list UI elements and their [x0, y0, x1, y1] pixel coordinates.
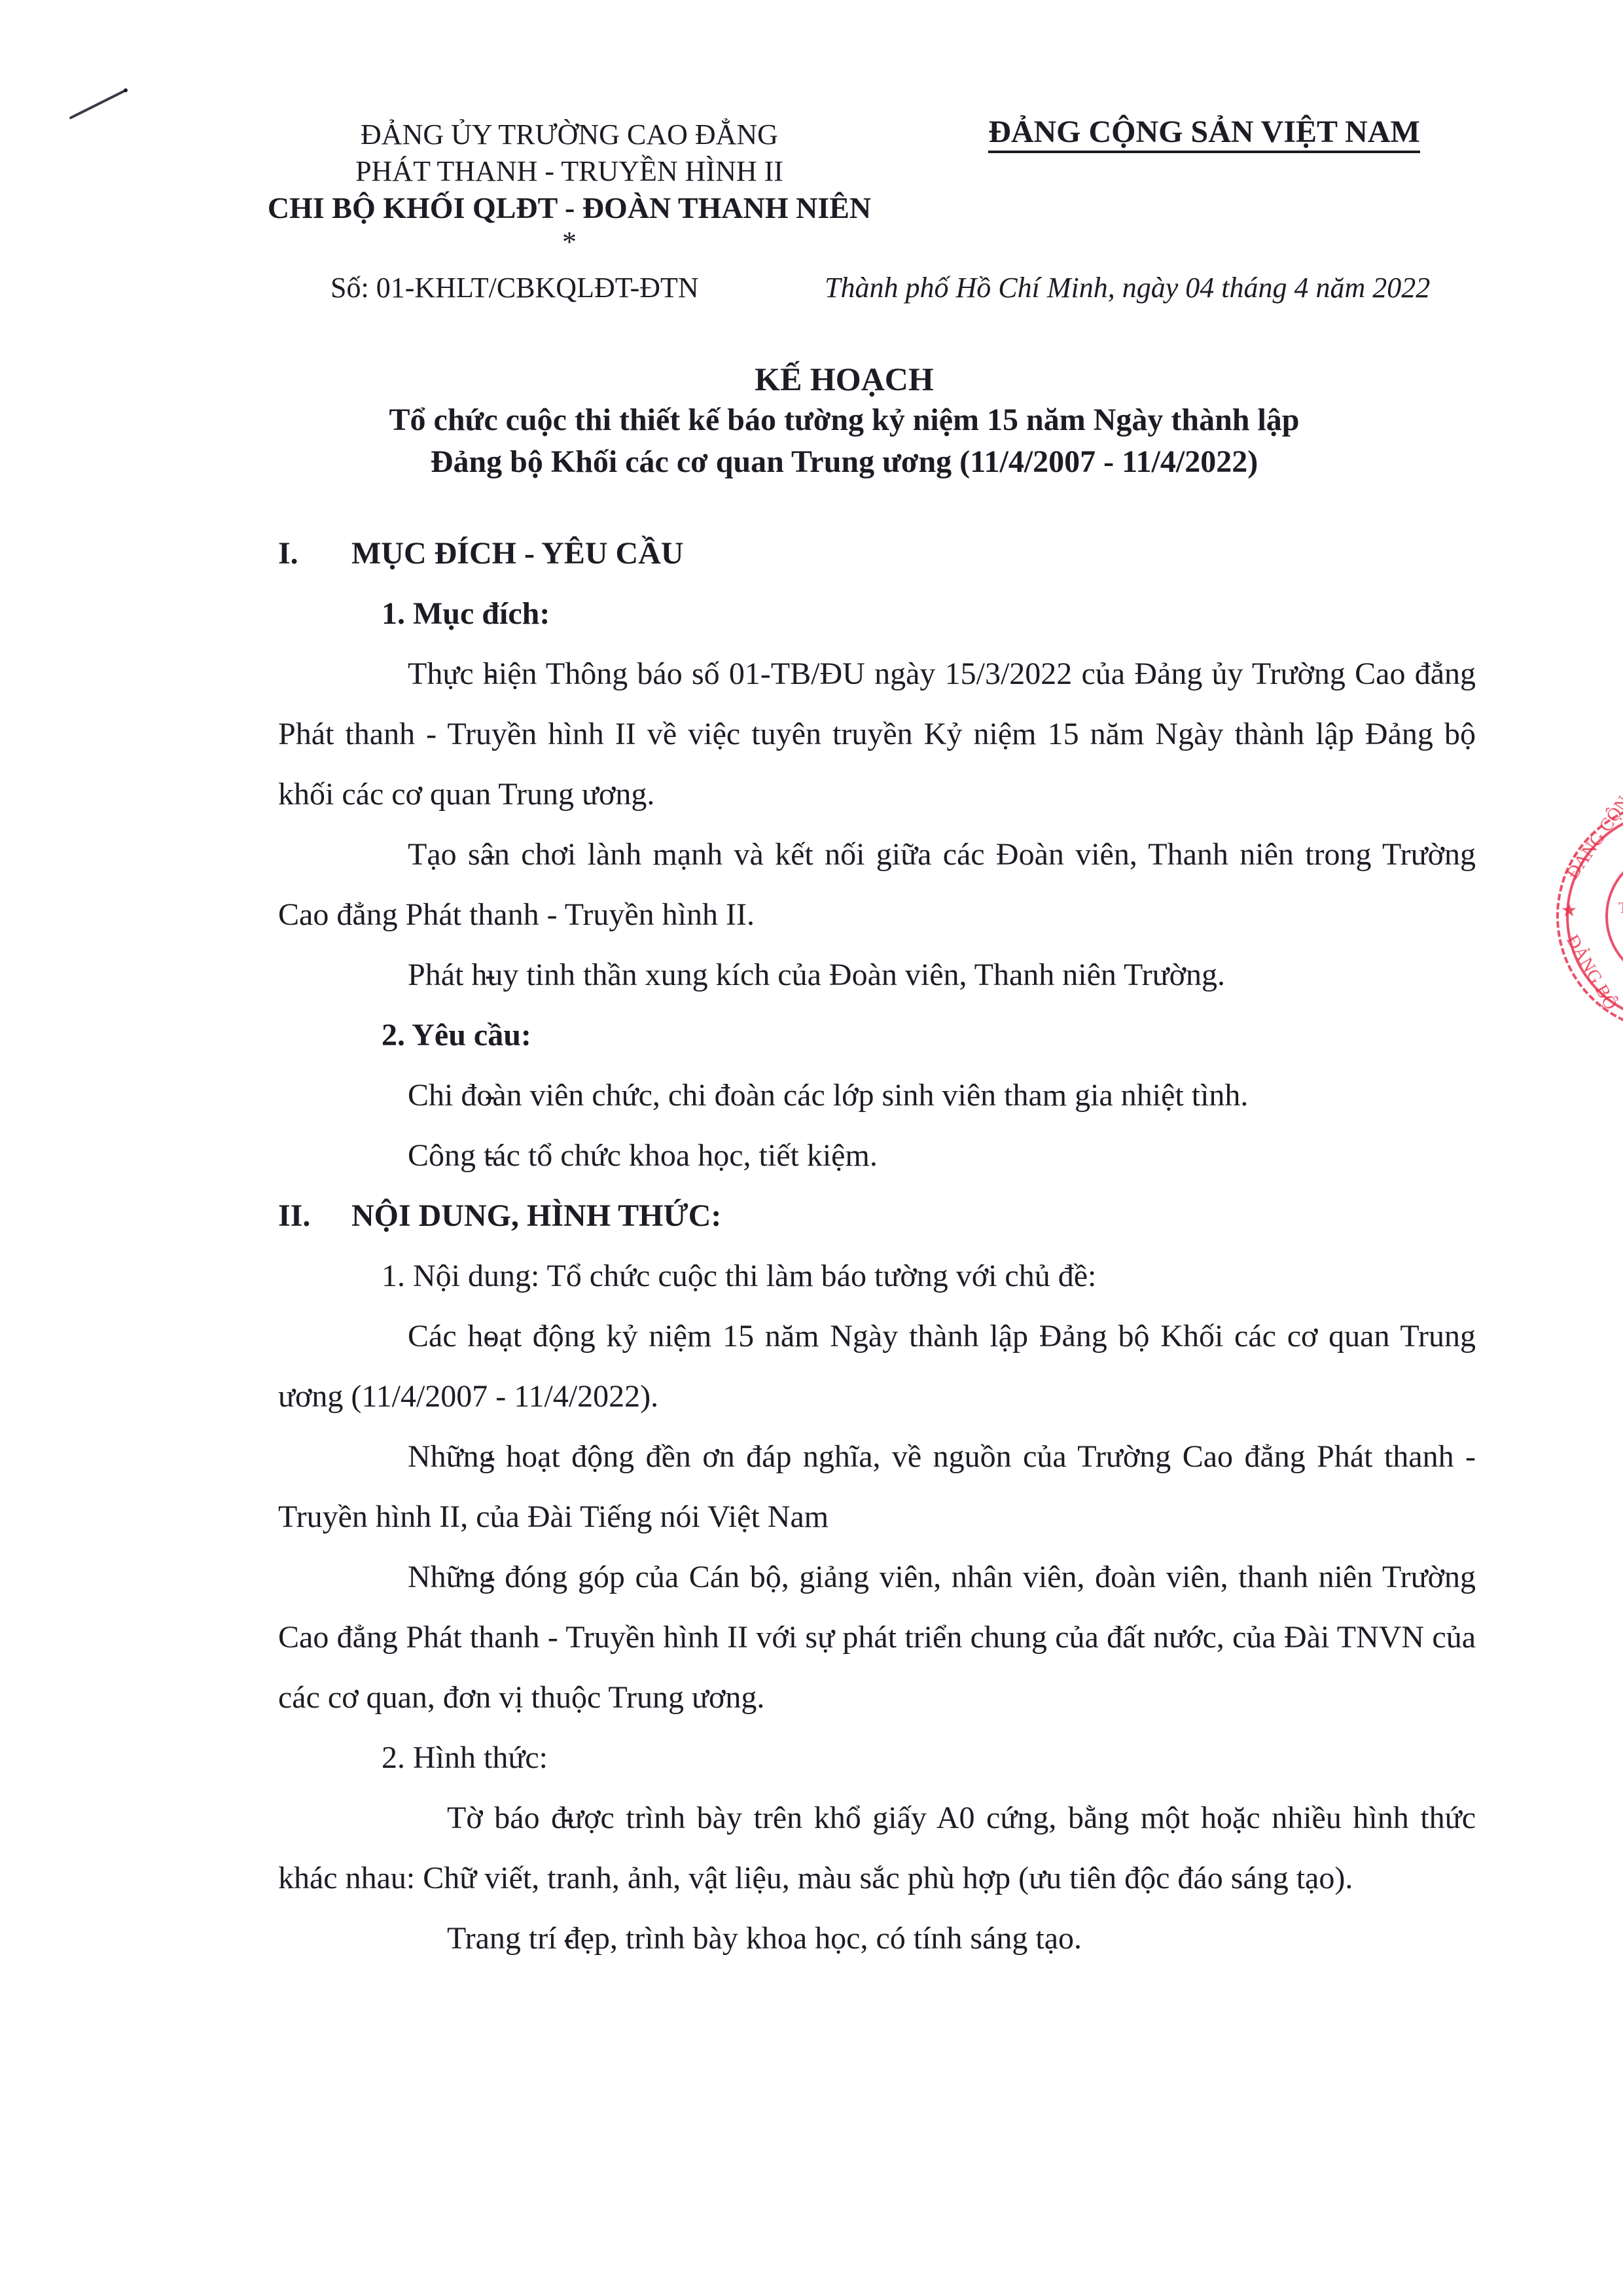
- document-type: KẾ HOẠCH: [223, 359, 1466, 399]
- bullet-dash: -: [382, 825, 408, 885]
- subsection-heading: 2. Hình thức:: [278, 1728, 1476, 1788]
- list-item: -Phát huy tinh thần xung kích của Đoàn v…: [278, 945, 1476, 1005]
- bullet-dash: -: [382, 1126, 408, 1186]
- bullet-dash: -: [382, 1547, 408, 1607]
- document-body: I. MỤC ĐÍCH - YÊU CẦU 1. Mục đích: -Thực…: [278, 524, 1476, 1969]
- section-number: II.: [278, 1186, 310, 1246]
- list-item: -Những đóng góp của Cán bộ, giảng viên, …: [278, 1547, 1476, 1728]
- official-seal-stamp: ĐẢNG CỘN ★ ĐẢNG BỘ TRƯ P Đ: [1535, 795, 1623, 1037]
- section-title: MỤC ĐÍCH - YÊU CẦU: [351, 524, 684, 584]
- list-item-text: Công tác tổ chức khoa học, tiết kiệm.: [408, 1138, 878, 1173]
- subtitle-line-2: Đảng bộ Khối các cơ quan Trung ương (11/…: [223, 441, 1466, 483]
- svg-text:TRƯ: TRƯ: [1618, 900, 1623, 917]
- bullet-dash: -: [382, 1066, 408, 1126]
- list-item-text: Tạo sân chơi lành mạnh và kết nối giữa c…: [278, 837, 1476, 932]
- bullet-dash: -: [382, 1306, 408, 1367]
- bullet-dash: -: [382, 945, 408, 1005]
- bullet-dash: -: [382, 1427, 408, 1487]
- section-title: NỘI DUNG, HÌNH THỨC:: [351, 1186, 721, 1246]
- subsection-heading: 1. Nội dung: Tổ chức cuộc thi làm báo tư…: [278, 1246, 1476, 1306]
- list-item-text: Những hoạt động đền ơn đáp nghĩa, về ngu…: [278, 1439, 1476, 1534]
- list-item-text: Chi đoàn viên chức, chi đoàn các lớp sin…: [408, 1078, 1248, 1113]
- list-item-text: Thực hiện Thông báo số 01-TB/ĐU ngày 15/…: [278, 656, 1476, 812]
- section-heading: I. MỤC ĐÍCH - YÊU CẦU: [278, 524, 1476, 584]
- list-item-text: Tờ báo được trình bày trên khổ giấy A0 c…: [278, 1801, 1476, 1895]
- document-number: Số: 01-KHLT/CBKQLĐT-ĐTN: [330, 270, 699, 306]
- subsection-heading: 1. Mục đích:: [278, 584, 1476, 644]
- issuing-organization: ĐẢNG ỦY TRƯỜNG CAO ĐẲNG PHÁT THANH - TRU…: [223, 117, 916, 255]
- subtitle-line-1: Tổ chức cuộc thi thiết kế báo tường kỷ n…: [223, 399, 1466, 441]
- party-name: ĐẢNG CỘNG SẢN VIỆT NAM: [988, 114, 1420, 153]
- list-item: -Chi đoàn viên chức, chi đoàn các lớp si…: [278, 1066, 1476, 1126]
- star-separator: *: [223, 229, 916, 255]
- list-item-text: Những đóng góp của Cán bộ, giảng viên, n…: [278, 1560, 1476, 1715]
- scan-artifact-mark: [65, 79, 131, 131]
- svg-text:ĐẢNG CỘN: ĐẢNG CỘN: [1562, 793, 1623, 883]
- section-heading: II. NỘI DUNG, HÌNH THỨC:: [278, 1186, 1476, 1246]
- document-title: KẾ HOẠCH Tổ chức cuộc thi thiết kế báo t…: [223, 359, 1466, 483]
- org-line-2: PHÁT THANH - TRUYỀN HÌNH II: [223, 153, 916, 190]
- list-item: -Tạo sân chơi lành mạnh và kết nối giữa …: [278, 825, 1476, 945]
- list-item-text: Phát huy tinh thần xung kích của Đoàn vi…: [408, 958, 1225, 992]
- org-line-1: ĐẢNG ỦY TRƯỜNG CAO ĐẲNG: [223, 117, 916, 153]
- svg-text:★: ★: [1561, 901, 1577, 921]
- list-item: -Thực hiện Thông báo số 01-TB/ĐU ngày 15…: [278, 644, 1476, 825]
- document-page: ĐẢNG ỦY TRƯỜNG CAO ĐẲNG PHÁT THANH - TRU…: [0, 0, 1623, 2296]
- party-header: ĐẢNG CỘNG SẢN VIỆT NAM: [969, 113, 1440, 153]
- section-number: I.: [278, 524, 298, 584]
- list-item-text: Các hoạt động kỷ niệm 15 năm Ngày thành …: [278, 1319, 1476, 1414]
- bullet-dash: -: [382, 644, 408, 704]
- list-item: -Công tác tổ chức khoa học, tiết kiệm.: [278, 1126, 1476, 1186]
- issuing-unit: CHI BỘ KHỐI QLĐT - ĐOÀN THANH NIÊN: [223, 190, 916, 226]
- list-item: -Tờ báo được trình bày trên khổ giấy A0 …: [278, 1788, 1476, 1909]
- list-item-text: Trang trí đẹp, trình bày khoa học, có tí…: [447, 1921, 1082, 1956]
- list-item: -Trang trí đẹp, trình bày khoa học, có t…: [278, 1909, 1476, 1969]
- list-item: -Những hoạt động đền ơn đáp nghĩa, về ng…: [278, 1427, 1476, 1547]
- bullet-dash: -: [421, 1788, 447, 1848]
- bullet-dash: -: [421, 1909, 447, 1969]
- subsection-heading: 2. Yêu cầu:: [278, 1005, 1476, 1066]
- list-item: -Các hoạt động kỷ niệm 15 năm Ngày thành…: [278, 1306, 1476, 1427]
- place-and-date: Thành phố Hồ Chí Minh, ngày 04 tháng 4 n…: [825, 270, 1430, 306]
